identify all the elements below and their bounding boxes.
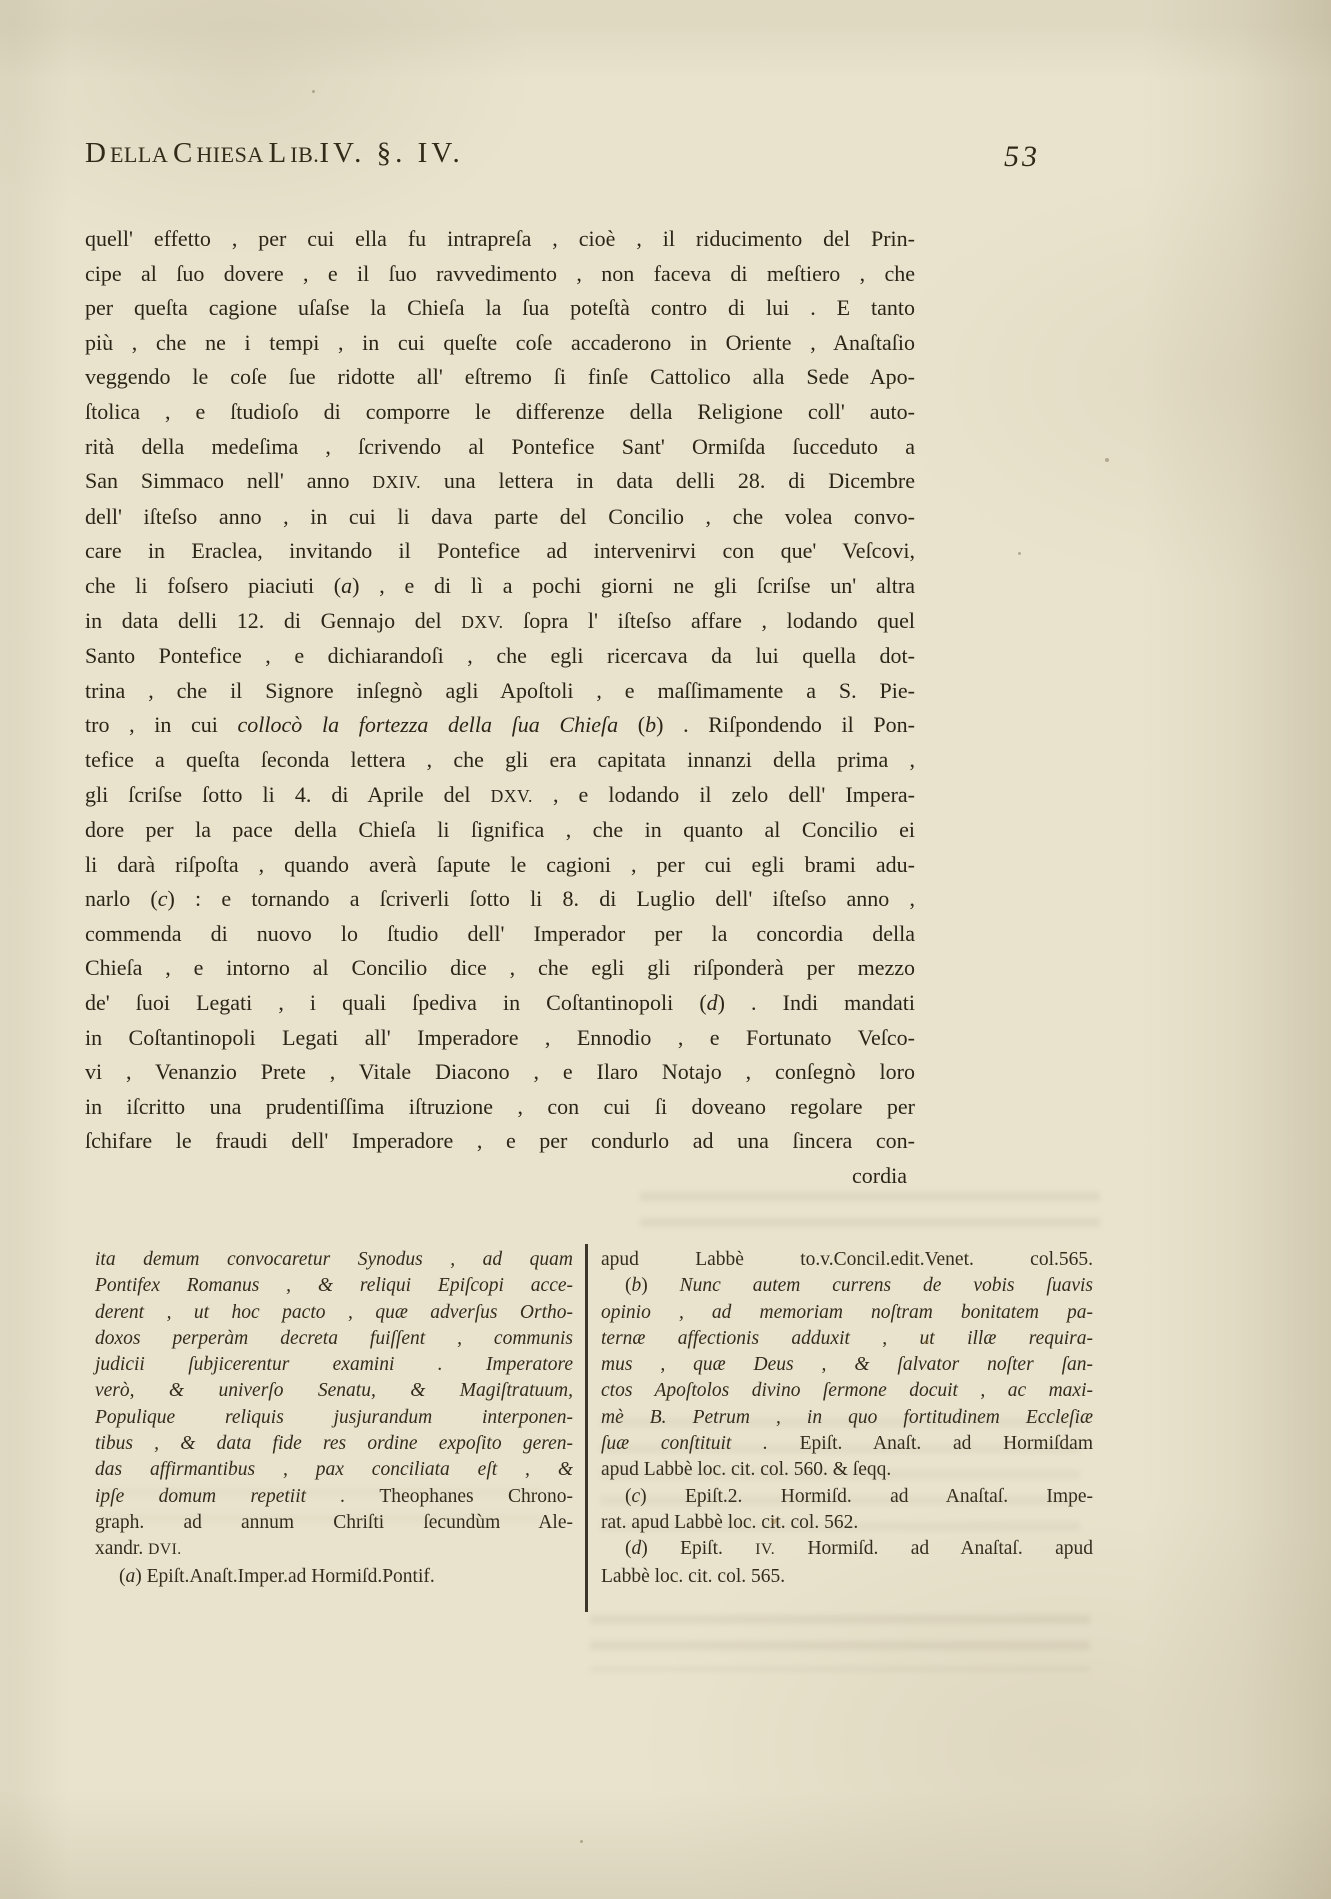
catchword: cordia [85,1163,907,1189]
footnote-line: (b) Nunc autem currens de vobis ſuavis [601,1273,1093,1299]
footnote-line: mè B. Petrum , in quo fortitudinem Eccle… [601,1405,1093,1431]
text-line: ſchifare le fraudi dell' Imperadore , e … [85,1124,915,1159]
footnote-line: apud Labbè loc. cit. col. 560. & ſeqq. [601,1457,1093,1483]
text-line: San Simmaco nell' anno DXIV. una lettera… [85,464,915,500]
page-number: 53 [1004,140,1040,174]
footnote-line: mus , quæ Deus , & ſalvator noſter ſan- [601,1352,1093,1378]
footnote-line: judicii ſubjicerentur examini . Imperato… [95,1352,573,1378]
paper-speck [1018,552,1021,555]
text-line: Chieſa , e intorno al Concilio dice , ch… [85,951,915,986]
text-line: in iſcritto una prudentiſſima iſtruzione… [85,1090,915,1125]
footnote-line: Labbè loc. cit. col. 565. [601,1564,1093,1590]
text-line: veggendo le coſe ſue ridotte all' eſtrem… [85,360,915,395]
footnote-line: (d) Epiſt. IV. Hormiſd. ad Anaſtaſ. apud [601,1536,1093,1563]
footnote-line: Populique reliquis jusjurandum interpone… [95,1405,573,1431]
running-header-text: DELLA CHIESA LIB.IV. §. IV. [85,137,915,170]
paper-speck [312,90,315,93]
footnote-line: Pontifex Romanus , & reliqui Epiſcopi ac… [95,1273,573,1299]
text-line: tro , in cui collocò la fortezza della ſ… [85,708,915,743]
footnote-line: ſuæ conſtituit . Epiſt. Anaſt. ad Hormiſ… [601,1431,1093,1457]
footnote-line: ternæ affectionis adduxit , ut illæ requ… [601,1326,1093,1352]
ink-bleed-ghost [590,1615,1090,1671]
text-line: commenda di nuovo lo ſtudio dell' Impera… [85,917,915,952]
text-line: tefice a queſta ſeconda lettera , che gl… [85,743,915,778]
paper-speck [1105,458,1109,462]
text-line: in Coſtantinopoli Legati all' Imperadore… [85,1021,915,1056]
footnote-line: (c) Epiſt.2. Hormiſd. ad Anaſtaſ. Impe- [601,1484,1093,1510]
text-line: care in Eraclea, invitando il Pontefice … [85,534,915,569]
footnote-line: ctos Apoſtolos divino ſermone docuit , a… [601,1378,1093,1404]
footnote-column-divider [585,1244,588,1612]
ink-bleed-ghost [640,1192,1100,1240]
text-line: rità della medeſima , ſcrivendo al Ponte… [85,430,915,465]
text-line: per queſta cagione uſaſse la Chieſa la ſ… [85,291,915,326]
text-line: Santo Pontefice , e dichiarandoſi , che … [85,639,915,674]
text-line: dell' iſteſso anno , in cui li dava part… [85,500,915,535]
text-line: ſtolica , e ſtudioſo di comporre le diff… [85,395,915,430]
text-line: più , che ne i tempi , in cui queſte coſ… [85,326,915,361]
footnote-line: ita demum convocaretur Synodus , ad quam [95,1247,573,1273]
text-line: li darà riſpoſta , quando averà ſapute l… [85,848,915,883]
footnote-line: derent , ut hoc pacto , quæ adverſus Ort… [95,1300,573,1326]
text-line: narlo (c) : e tornando a ſcriverli ſotto… [85,882,915,917]
footnote-line: tibus , & data fide res ordine expoſito … [95,1431,573,1457]
footnote-line: ipſe domum repetiit . Theophanes Chrono- [95,1484,573,1510]
paper-speck [924,1340,929,1344]
footnote-line: (a) Epiſt.Anaſt.Imper.ad Hormiſd.Pontif. [95,1564,573,1590]
footnote-line: opinio , ad memoriam noſtram bonitatem p… [601,1300,1093,1326]
text-line: vi , Venanzio Prete , Vitale Diacono , e… [85,1055,915,1090]
paper-speck [771,1519,777,1524]
footnote-line: xandr. DVI. [95,1536,573,1563]
footnote-left-column: ita demum convocaretur Synodus , ad quam… [95,1247,573,1590]
footnote-line: verò, & univerſo Senatu, & Magiſtratuum, [95,1378,573,1404]
text-line: gli ſcriſse ſotto li 4. di Aprile del DX… [85,778,915,814]
paper-speck [580,1840,583,1843]
text-line: dore per la pace della Chieſa li ſignifi… [85,813,915,848]
text-line: in data delli 12. di Gennajo del DXV. ſo… [85,604,915,640]
text-line: che li foſsero piaciuti (a) , e di lì a … [85,569,915,604]
footnote-line: das affirmantibus , pax conciliata eſt ,… [95,1457,573,1483]
main-text-block: quell' effetto , per cui ella fu intrapr… [85,222,915,1159]
text-line: cipe al ſuo dovere , e il ſuo ravvedimen… [85,257,915,292]
footnote-right-column: apud Labbè to.v.Concil.edit.Venet. col.5… [601,1247,1093,1590]
book-page: DELLA CHIESA LIB.IV. §. IV. 53 quell' ef… [0,0,1331,1899]
footnote-line: apud Labbè to.v.Concil.edit.Venet. col.5… [601,1247,1093,1273]
text-line: trina , che il Signore inſegnò agli Apoſ… [85,674,915,709]
footnote-line: doxos perperàm decreta fuiſſent , commun… [95,1326,573,1352]
footnote-line: graph. ad annum Chriſti ſecundùm Ale- [95,1510,573,1536]
running-header: DELLA CHIESA LIB.IV. §. IV. [85,137,915,170]
text-line: de' ſuoi Legati , i quali ſpediva in Coſ… [85,986,915,1021]
footnote-line: rat. apud Labbè loc. cit. col. 562. [601,1510,1093,1536]
text-line: quell' effetto , per cui ella fu intrapr… [85,222,915,257]
